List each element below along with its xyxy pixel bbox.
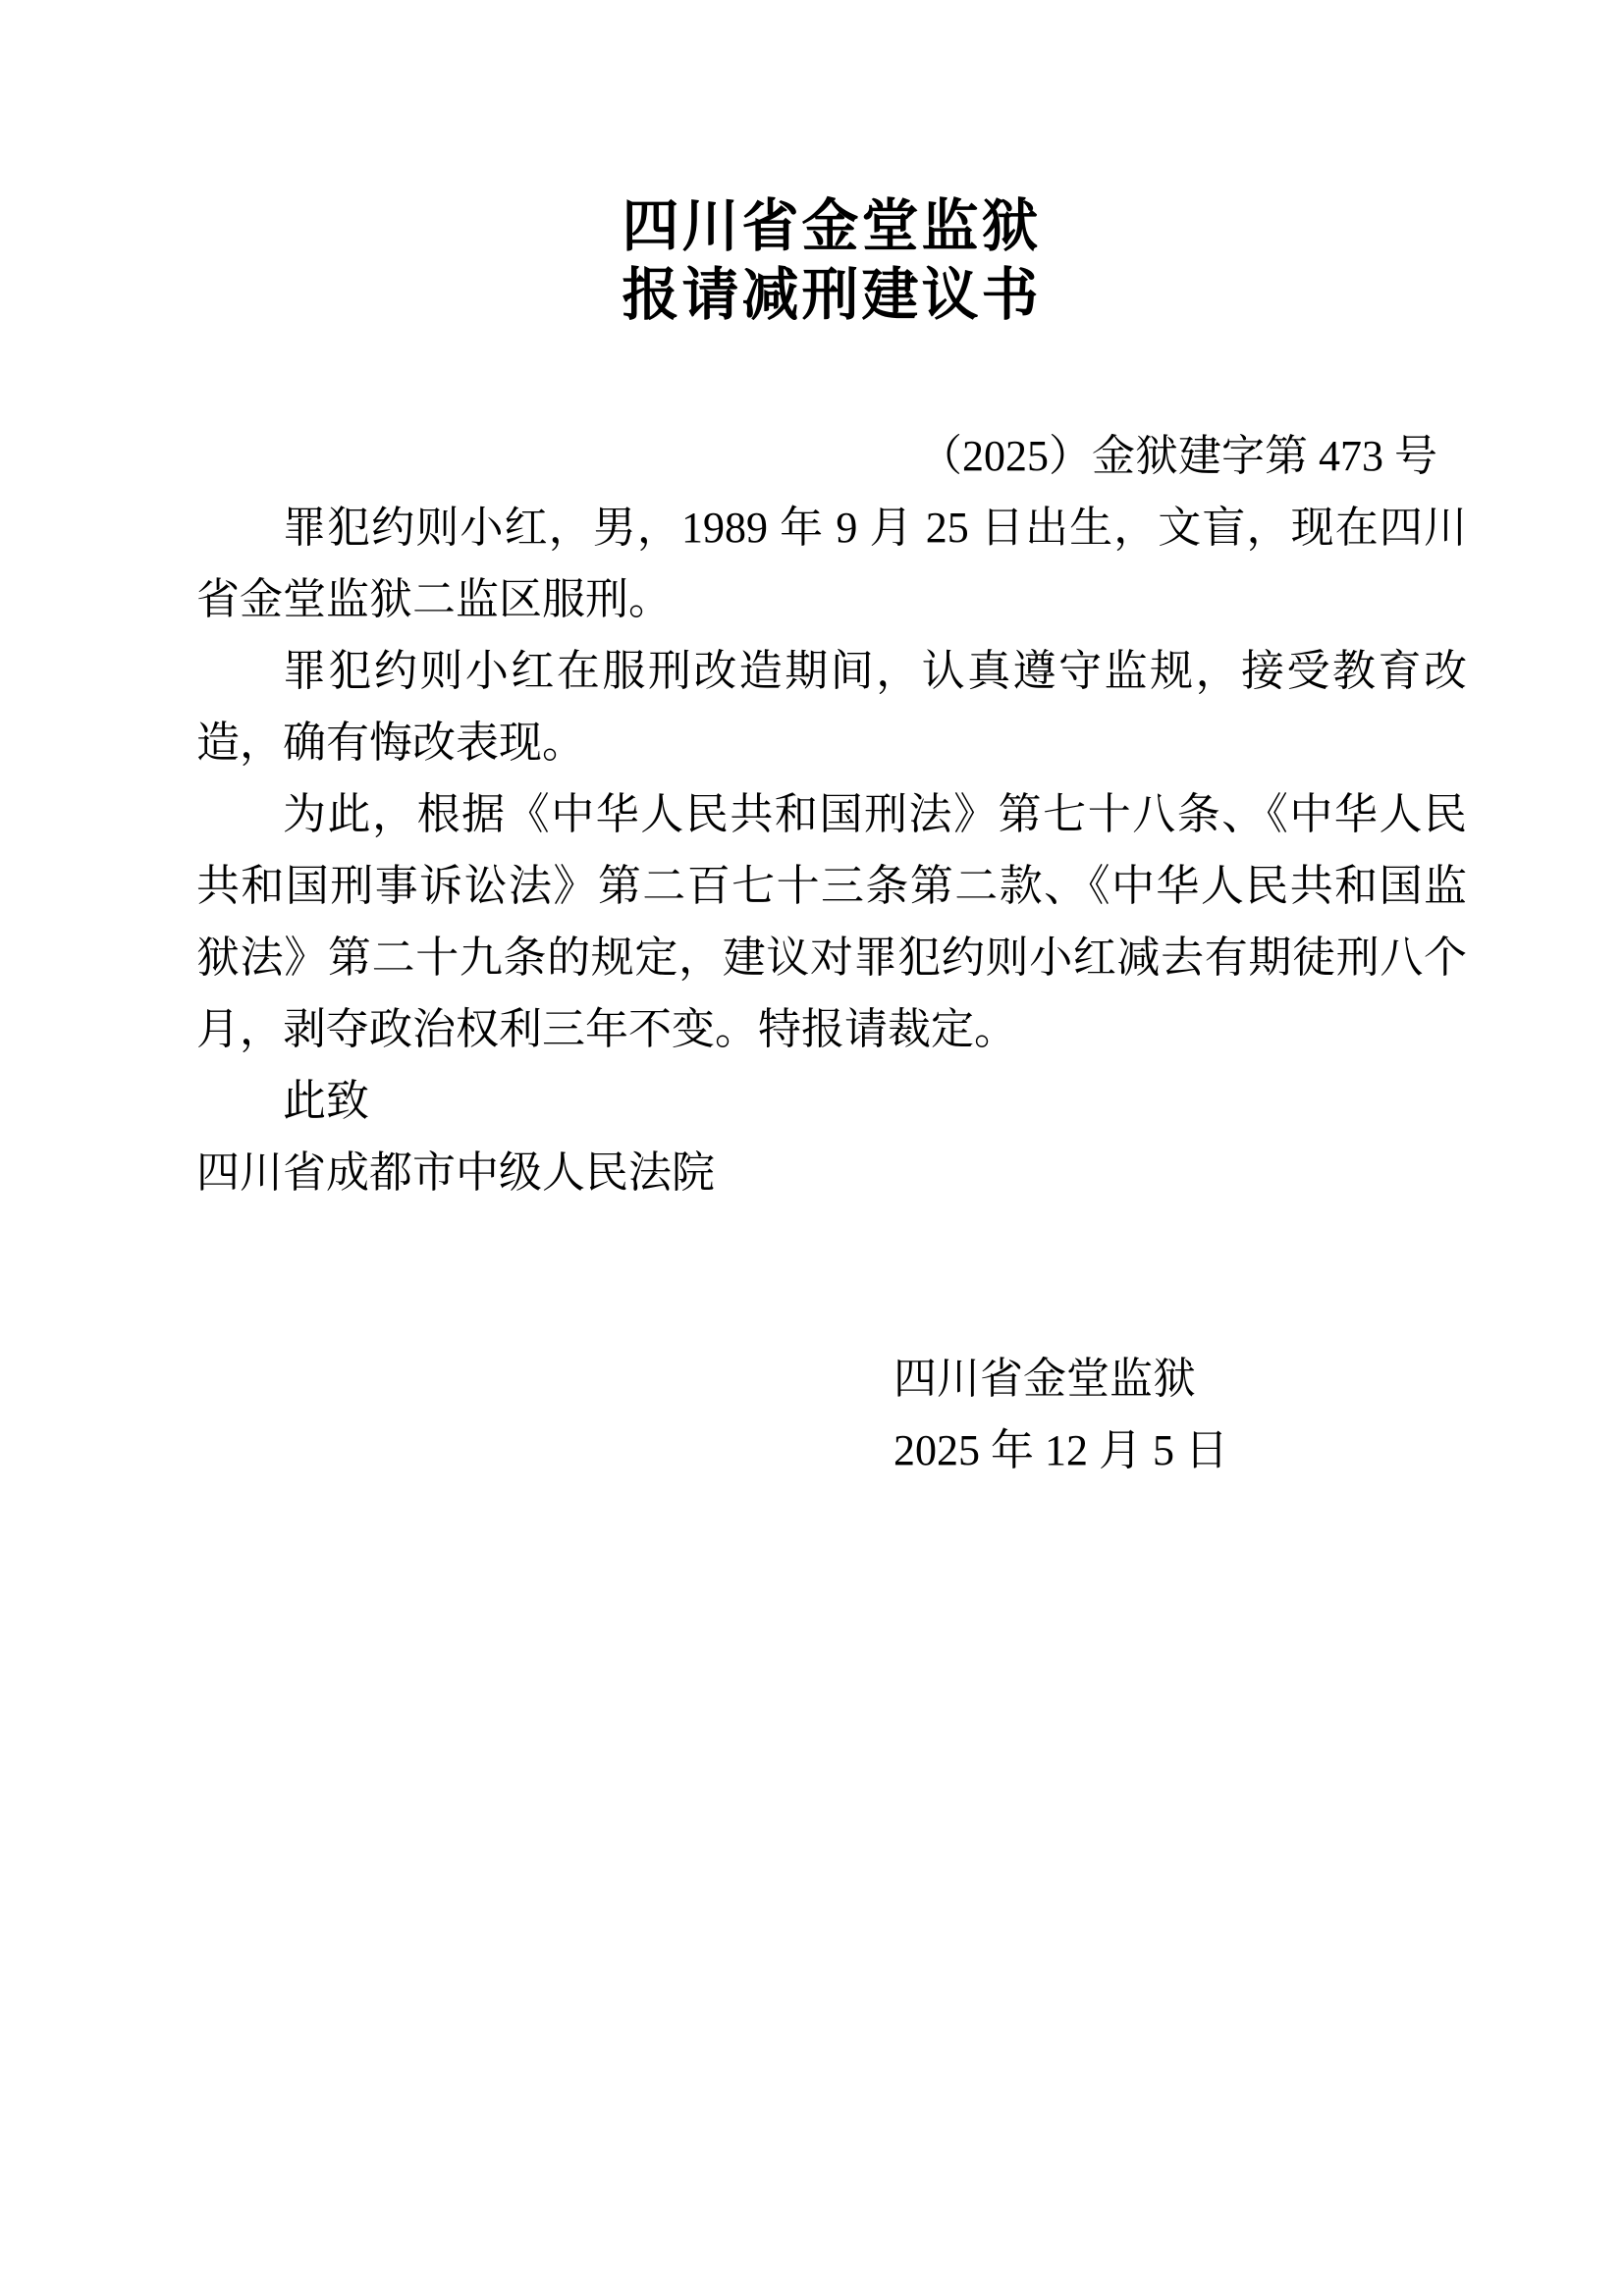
recipient-court: 四川省成都市中级人民法院 [196,1137,1467,1208]
document-number: （2025）金狱建字第 473 号 [196,420,1467,492]
paragraph-offender-info: 罪犯约则小红，男，1989 年 9 月 25 日出生，文盲，现在四川省金堂监狱二… [196,492,1467,635]
signature-block: 四川省金堂监狱 2025 年 12 月 5 日 [196,1343,1467,1486]
paragraph-legal-basis: 为此，根据《中华人民共和国刑法》第七十八条、《中华人民共和国刑事诉讼法》第二百七… [196,778,1467,1065]
document-body: 罪犯约则小红，男，1989 年 9 月 25 日出生，文盲，现在四川省金堂监狱二… [196,492,1467,1208]
title-line-2: 报请减刑建议书 [196,261,1467,330]
document-title: 四川省金堂监狱 报请减刑建议书 [196,192,1467,330]
paragraph-conduct: 罪犯约则小红在服刑改造期间，认真遵守监规，接受教育改造，确有悔改表现。 [196,635,1467,778]
document-page: 四川省金堂监狱 报请减刑建议书 （2025）金狱建字第 473 号 罪犯约则小红… [0,0,1624,2296]
signing-organization: 四川省金堂监狱 [893,1343,1467,1415]
title-line-1: 四川省金堂监狱 [196,192,1467,261]
closing-salutation: 此致 [196,1065,1467,1137]
signature-date: 2025 年 12 月 5 日 [893,1415,1467,1486]
